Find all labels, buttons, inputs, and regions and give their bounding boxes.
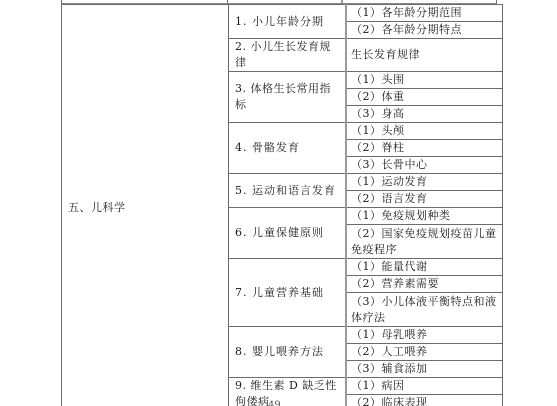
point-cell: （1）能量代谢 — [346, 259, 503, 276]
point-cell: （2）语言发育 — [346, 191, 503, 208]
document-page: 五、儿科学 1. 小儿年龄分期 （1）各年龄分期范围 （2）各年龄分期特点 2.… — [0, 0, 557, 406]
unit-cell: 6. 儿童保健原则 — [229, 208, 347, 259]
point-cell: （1）病因 — [346, 378, 503, 395]
point-cell: （1）运动发育 — [346, 174, 503, 191]
page-number: 49 — [268, 400, 281, 406]
section-cell: 五、儿科学 — [62, 5, 229, 406]
unit-cell: 1. 小儿年龄分期 — [229, 5, 347, 39]
point-cell: 生长发育规律 — [346, 39, 503, 72]
unit-cell: 2. 小儿生长发育规律 — [229, 39, 347, 72]
point-cell: （1）免疫规划种类 — [346, 208, 503, 225]
point-cell: （2）国家免疫规划疫苗儿童免疫程序 — [346, 225, 503, 259]
syllabus-table: 五、儿科学 1. 小儿年龄分期 （1）各年龄分期范围 （2）各年龄分期特点 2.… — [61, 4, 503, 406]
point-cell: （2）人工喂养 — [346, 344, 503, 361]
point-cell: （1）母乳喂养 — [346, 327, 503, 344]
point-cell: （3）辅食添加 — [346, 361, 503, 378]
unit-cell: 3. 体格生长常用指标 — [229, 72, 347, 123]
point-cell: （1）各年龄分期范围 — [346, 5, 503, 22]
point-cell: （2）营养素需要 — [346, 276, 503, 293]
point-cell: （2）临床表现 — [346, 395, 503, 406]
point-cell: （2）体重 — [346, 89, 503, 106]
table-row: 五、儿科学 1. 小儿年龄分期 （1）各年龄分期范围 — [62, 5, 503, 22]
unit-cell: 8. 婴儿喂养方法 — [229, 327, 347, 378]
point-cell: （3）小儿体液平衡特点和液体疗法 — [346, 293, 503, 327]
point-cell: （2）各年龄分期特点 — [346, 22, 503, 39]
point-cell: （3）身高 — [346, 106, 503, 123]
point-cell: （3）长骨中心 — [346, 157, 503, 174]
point-cell: （1）头围 — [346, 72, 503, 89]
unit-cell: 9. 维生素 D 缺乏性佝偻病 — [229, 378, 347, 406]
point-cell: （2）脊柱 — [346, 140, 503, 157]
unit-cell: 5. 运动和语言发育 — [229, 174, 347, 208]
section-title: 五、儿科学 — [68, 201, 126, 214]
unit-cell: 7. 儿童营养基础 — [229, 259, 347, 327]
unit-cell: 4. 骨骼发育 — [229, 123, 347, 174]
point-cell: （1）头颅 — [346, 123, 503, 140]
